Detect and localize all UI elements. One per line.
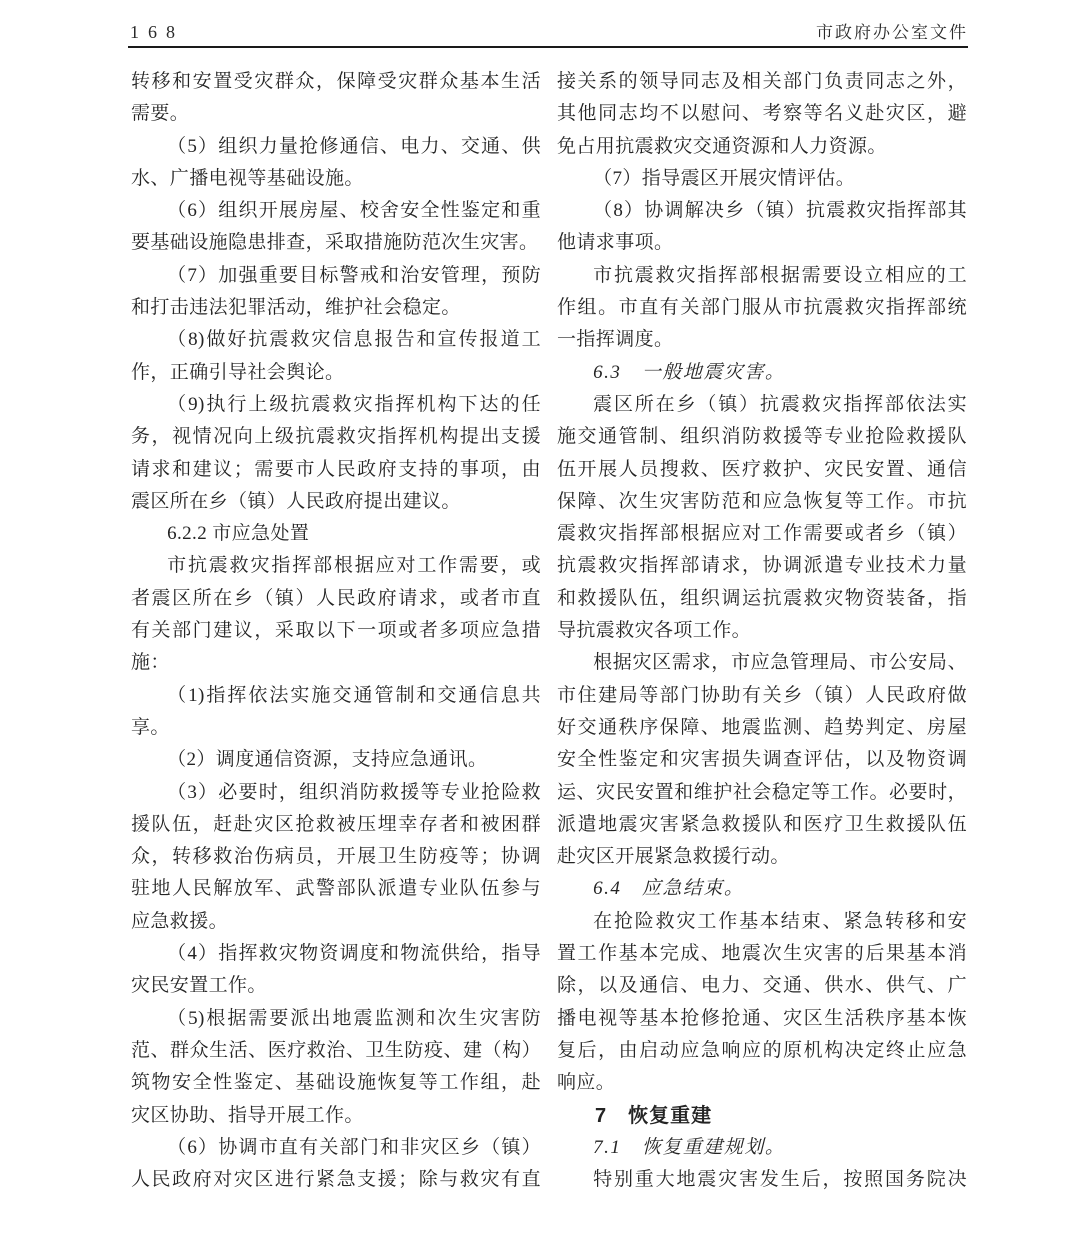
text-line: 施： [131, 647, 541, 679]
text-line: 水、广播电视等基础设施。 [131, 163, 541, 195]
text-line: 作，正确引导社会舆论。 [131, 357, 541, 389]
text-line: 灾民安置工作。 [131, 970, 541, 1002]
text-line: 市住建局等部门协助有关乡（镇）人民政府做 [557, 680, 967, 712]
text-line: 接关系的领导同志及相关部门负责同志之外， [557, 66, 967, 98]
text-line: 运、灾民安置和维护社会稳定等工作。必要时， [557, 777, 967, 809]
text-line: （7）加强重要目标警戒和治安管理，预防 [131, 260, 541, 292]
text-line: 市抗震救灾指挥部根据需要设立相应的工 [557, 260, 967, 292]
text-line: （4）指挥救灾物资调度和物流供给，指导 [131, 938, 541, 970]
text-line: 免占用抗震救灾交通资源和人力资源。 [557, 131, 967, 163]
right-column: 接关系的领导同志及相关部门负责同志之外，其他同志均不以慰问、考察等名义赴灾区，避… [557, 66, 967, 1196]
text-line: 7 恢复重建 [557, 1100, 967, 1132]
text-line: 和打击违法犯罪活动，维护社会稳定。 [131, 292, 541, 324]
text-line: 要基础设施隐患排查，采取措施防范次生灾害。 [131, 227, 541, 259]
page-header: 168 市政府办公室文件 [130, 18, 968, 43]
text-line: 除，以及通信、电力、交通、供水、供气、广 [557, 970, 967, 1002]
text-line: （7）指导震区开展灾情评估。 [557, 163, 967, 195]
text-line: 有关部门建议，采取以下一项或者多项应急措 [131, 615, 541, 647]
text-line: （3）必要时，组织消防救援等专业抢险救 [131, 777, 541, 809]
text-line: （9)执行上级抗震救灾指挥机构下达的任 [131, 389, 541, 421]
text-line: 安全性鉴定和灾害损失调查评估，以及物资调 [557, 744, 967, 776]
text-line: 6.3 一般地震灾害。 [557, 357, 967, 389]
text-line: 6.2.2 市应急处置 [131, 518, 541, 550]
text-line: 震区所在乡（镇）抗震救灾指挥部依法实 [557, 389, 967, 421]
text-line: （8)做好抗震救灾信息报告和宣传报道工 [131, 324, 541, 356]
text-line: 众，转移救治伤病员，开展卫生防疫等；协调 [131, 841, 541, 873]
document-body: 转移和安置受灾群众，保障受灾群众基本生活需要。（5）组织力量抢修通信、电力、交通… [131, 66, 967, 1196]
text-line: （5）组织力量抢修通信、电力、交通、供 [131, 131, 541, 163]
text-line: （6）协调市直有关部门和非灾区乡（镇） [131, 1132, 541, 1164]
text-line: 和救援队伍，组织调运抗震救灾物资装备，指 [557, 583, 967, 615]
text-line: 好交通秩序保障、地震监测、趋势判定、房屋 [557, 712, 967, 744]
text-line: 援队伍，赶赴灾区抢救被压埋幸存者和被困群 [131, 809, 541, 841]
text-line: 复后，由启动应急响应的原机构决定终止应急 [557, 1035, 967, 1067]
text-line: 置工作基本完成、地震次生灾害的后果基本消 [557, 938, 967, 970]
text-line: 保障、次生灾害防范和应急恢复等工作。市抗 [557, 486, 967, 518]
text-line: 抗震救灾指挥部请求，协调派遣专业技术力量 [557, 550, 967, 582]
text-line: 其他同志均不以慰问、考察等名义赴灾区，避 [557, 98, 967, 130]
text-line: 驻地人民解放军、武警部队派遣专业队伍参与 [131, 873, 541, 905]
text-line: 灾区协助、指导开展工作。 [131, 1100, 541, 1132]
text-line: 播电视等基本抢修抢通、灾区生活秩序基本恢 [557, 1003, 967, 1035]
text-line: 震区所在乡（镇）人民政府提出建议。 [131, 486, 541, 518]
text-line: 根据灾区需求，市应急管理局、市公安局、 [557, 647, 967, 679]
text-line: （8）协调解决乡（镇）抗震救灾指挥部其 [557, 195, 967, 227]
text-line: 作组。市直有关部门服从市抗震救灾指挥部统 [557, 292, 967, 324]
text-line: 享。 [131, 712, 541, 744]
text-line: 导抗震救灾各项工作。 [557, 615, 967, 647]
text-line: 一指挥调度。 [557, 324, 967, 356]
text-line: （2）调度通信资源，支持应急通讯。 [131, 744, 541, 776]
text-line: （1)指挥依法实施交通管制和交通信息共 [131, 680, 541, 712]
left-column: 转移和安置受灾群众，保障受灾群众基本生活需要。（5）组织力量抢修通信、电力、交通… [131, 66, 541, 1196]
text-line: 市抗震救灾指挥部根据应对工作需要，或 [131, 550, 541, 582]
text-line: （5)根据需要派出地震监测和次生灾害防 [131, 1003, 541, 1035]
header-doc-label: 市政府办公室文件 [816, 18, 968, 43]
text-line: 务，视情况向上级抗震救灾指挥机构提出支援 [131, 421, 541, 453]
text-line: 派遣地震灾害紧急救援队和医疗卫生救援队伍 [557, 809, 967, 841]
text-line: 他请求事项。 [557, 227, 967, 259]
text-line: 人民政府对灾区进行紧急支援；除与救灾有直 [131, 1164, 541, 1196]
text-line: 7.1 恢复重建规划。 [557, 1132, 967, 1164]
text-line: 震救灾指挥部根据应对工作需要或者乡（镇） [557, 518, 967, 550]
text-line: 响应。 [557, 1067, 967, 1099]
text-line: 6.4 应急结束。 [557, 873, 967, 905]
text-line: （6）组织开展房屋、校舍安全性鉴定和重 [131, 195, 541, 227]
text-line: 伍开展人员搜救、医疗救护、灾民安置、通信 [557, 454, 967, 486]
document-page: 168 市政府办公室文件 转移和安置受灾群众，保障受灾群众基本生活需要。（5）组… [0, 0, 1074, 1239]
text-line: 赴灾区开展紧急救援行动。 [557, 841, 967, 873]
text-line: 施交通管制、组织消防救援等专业抢险救援队 [557, 421, 967, 453]
text-line: 者震区所在乡（镇）人民政府请求，或者市直 [131, 583, 541, 615]
text-line: 需要。 [131, 98, 541, 130]
text-line: 筑物安全性鉴定、基础设施恢复等工作组，赴 [131, 1067, 541, 1099]
header-rule [128, 46, 968, 48]
text-line: 转移和安置受灾群众，保障受灾群众基本生活 [131, 66, 541, 98]
text-line: 在抢险救灾工作基本结束、紧急转移和安 [557, 906, 967, 938]
text-line: 请求和建议；需要市人民政府支持的事项，由 [131, 454, 541, 486]
text-line: 范、群众生活、医疗救治、卫生防疫、建（构） [131, 1035, 541, 1067]
text-line: 应急救援。 [131, 906, 541, 938]
page-number: 168 [130, 22, 184, 43]
text-line: 特别重大地震灾害发生后，按照国务院决 [557, 1164, 967, 1196]
